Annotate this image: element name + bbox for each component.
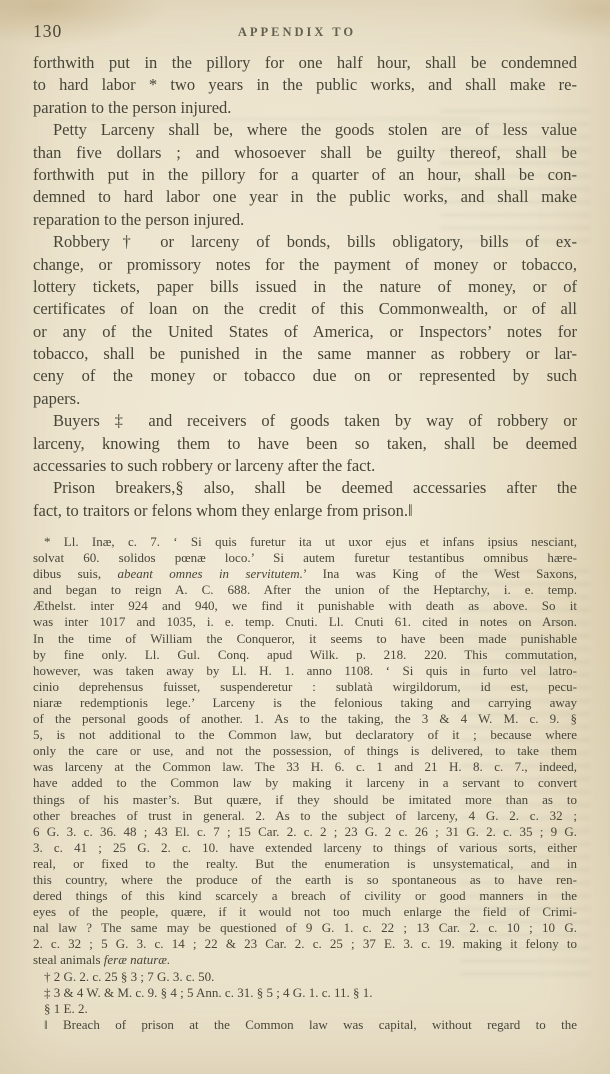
footnote-line: 6 G. 3. c. 36. 48 ; 43 El. c. 7 ; 15 Car… — [33, 824, 577, 840]
body-text-line: accessaries to such robbery or larceny a… — [33, 455, 577, 477]
paragraph: Buyers ‡ and receivers of goods taken by… — [33, 410, 577, 477]
body-text-line: ceny of the money or tobacco due on or r… — [33, 365, 577, 387]
text-segment: tobacco, shall be punished in the same m… — [33, 344, 577, 363]
text-segment: † 2 G. 2. c. 25 § 3 ; 7 G. 3. c. 50. — [44, 969, 214, 984]
text-segment: § 1 E. 2. — [44, 1001, 88, 1016]
body-text-line: larceny, knowing them to have been so ta… — [33, 433, 577, 455]
footnote-line: 5, is not additional to the Common law, … — [33, 727, 577, 743]
text-segment: by fine only. Ll. Gul. Conq. apud Wilk. … — [33, 647, 577, 662]
text-segment: cinio deprehensus fuisset, suspenderetur… — [33, 679, 577, 694]
italic-text-segment: feræ naturæ. — [104, 952, 170, 967]
body-text-line: fact, to traitors or felons whom they en… — [33, 500, 577, 522]
text-segment: eyes of the people, quære, if it would n… — [33, 904, 577, 919]
running-header: APPENDIX TO — [33, 25, 561, 40]
italic-text-segment: abeant omnes in servitutem. — [118, 566, 303, 581]
body-text-line: demned to hard labor one year in the pub… — [33, 186, 577, 208]
text-segment: Prison breakers,§ also, shall be deemed … — [53, 478, 577, 497]
text-segment: this country, where the produce of the e… — [33, 872, 577, 887]
book-page: 130 APPENDIX TO forthwith put in the pil… — [0, 0, 610, 1074]
text-segment: paration to the person injured. — [33, 98, 231, 117]
text-segment: * Ll. Inæ, c. 7. ‘ Si quis furetur ita u… — [44, 534, 577, 549]
footnote-line: was inter 1017 and 1035, i. e. temp. Cnu… — [33, 614, 577, 630]
footnote-line: * Ll. Inæ, c. 7. ‘ Si quis furetur ita u… — [33, 534, 577, 550]
footnote-line: 2. c. 32 ; 5 G. 3. c. 14 ; 22 & 23 Car. … — [33, 936, 577, 952]
text-segment: and began to reign A. C. 688. After the … — [33, 582, 577, 597]
text-segment: 2. c. 32 ; 5 G. 3. c. 14 ; 22 & 23 Car. … — [33, 936, 577, 951]
text-segment: however, was taken away by Ll. H. 1. ann… — [33, 663, 577, 678]
text-segment: 5, is not additional to the Common law, … — [33, 727, 577, 742]
body-text-line: papers. — [33, 388, 577, 410]
body-text-line: reparation to the person injured. — [33, 209, 577, 231]
footnote-line: dered things of this kind scarcely a bre… — [33, 888, 577, 904]
footnote-line: by fine only. Ll. Gul. Conq. apud Wilk. … — [33, 647, 577, 663]
body-text-line: tobacco, shall be punished in the same m… — [33, 343, 577, 365]
footnote-line: however, was taken away by Ll. H. 1. ann… — [33, 663, 577, 679]
paragraph: forthwith put in the pillory for one hal… — [33, 52, 577, 119]
footnote-line: real, or fixed to the realty. But the en… — [33, 856, 577, 872]
footnote-line: only the care or use, and not the posses… — [33, 743, 577, 759]
footnote-line: 3. c. 41 ; 25 G. 2. c. 10. have extended… — [33, 840, 577, 856]
text-segment: than five dollars ; and whosoever shall … — [33, 143, 577, 162]
text-segment: papers. — [33, 389, 80, 408]
text-segment: forthwith put in the pillory for a quart… — [33, 165, 577, 184]
text-segment: ‖ Breach of prison at the Common law was… — [44, 1017, 577, 1032]
footnote-line: eyes of the people, quære, if it would n… — [33, 904, 577, 920]
body-text: forthwith put in the pillory for one hal… — [33, 52, 577, 522]
text-segment: other breaches of trust in general. 2. A… — [33, 808, 577, 823]
text-segment: reparation to the person injured. — [33, 210, 244, 229]
text-segment: In the time of William the Conqueror, it… — [33, 631, 577, 646]
body-text-line: Petty Larceny shall be, where the goods … — [33, 119, 577, 141]
text-segment: or any of the United States of America, … — [33, 322, 577, 341]
footnote-line: nal law ? The same may be questioned of … — [33, 920, 577, 936]
text-segment: niaræ redemptionis lege.’ Larceny is the… — [33, 695, 577, 710]
text-segment: only the care or use, and not the posses… — [33, 743, 577, 758]
text-segment: have added to the Common law by making i… — [33, 775, 577, 790]
text-segment: accessaries to such robbery or larceny a… — [33, 456, 375, 475]
body-text-line: paration to the person injured. — [33, 97, 577, 119]
footnote-line: ‖ Breach of prison at the Common law was… — [33, 1017, 577, 1033]
text-segment: Robbery† or larceny of bonds, bills obli… — [53, 232, 577, 251]
text-segment: was inter 1017 and 1035, i. e. temp. Cnu… — [33, 614, 577, 629]
text-segment: change, or promissory notes for the paym… — [33, 255, 577, 274]
footnote-line: of the personal goods of another. 1. As … — [33, 711, 577, 727]
body-text-line: forthwith put in the pillory for one hal… — [33, 52, 577, 74]
page-header: 130 APPENDIX TO — [33, 21, 577, 45]
text-segment: forthwith put in the pillory for one hal… — [33, 53, 577, 72]
footnote-line: cinio deprehensus fuisset, suspenderetur… — [33, 679, 577, 695]
text-segment: certificates of loan on the credit of th… — [33, 299, 577, 318]
text-segment: fact, to traitors or felons whom they en… — [33, 501, 413, 520]
footnote-line: In the time of William the Conqueror, it… — [33, 631, 577, 647]
text-segment: Petty Larceny shall be, where the goods … — [53, 120, 577, 139]
text-segment: Æthelst. inter 924 and 940, we find it p… — [33, 598, 577, 613]
body-text-line: to hard labor * two years in the public … — [33, 74, 577, 96]
footnote-line: § 1 E. 2. — [33, 1001, 577, 1017]
footnote-line: dibus suis, abeant omnes in servitutem.’… — [33, 566, 577, 582]
body-text-line: forthwith put in the pillory for a quart… — [33, 164, 577, 186]
footnote-line: steal animals feræ naturæ. — [33, 952, 577, 968]
body-text-line: Buyers ‡ and receivers of goods taken by… — [33, 410, 577, 432]
text-segment: steal animals — [33, 952, 104, 967]
body-text-line: Prison breakers,§ also, shall be deemed … — [33, 477, 577, 499]
footnotes: * Ll. Inæ, c. 7. ‘ Si quis furetur ita u… — [33, 534, 577, 1033]
paragraph: Prison breakers,§ also, shall be deemed … — [33, 477, 577, 522]
text-segment: ceny of the money or tobacco due on or r… — [33, 366, 577, 385]
text-segment: 3. c. 41 ; 25 G. 2. c. 10. have extended… — [33, 840, 577, 855]
text-segment: lottery tickets, paper bills issued in t… — [33, 277, 577, 296]
body-text-line: or any of the United States of America, … — [33, 321, 577, 343]
text-segment: ’ Ina was King of the West Saxons, — [303, 566, 577, 581]
text-segment: dered things of this kind scarcely a bre… — [33, 888, 577, 903]
body-text-line: lottery tickets, paper bills issued in t… — [33, 276, 577, 298]
footnote-line: † 2 G. 2. c. 25 § 3 ; 7 G. 3. c. 50. — [33, 969, 577, 985]
text-segment: real, or fixed to the realty. But the en… — [33, 856, 577, 871]
text-segment: of the personal goods of another. 1. As … — [33, 711, 577, 726]
body-text-line: change, or promissory notes for the paym… — [33, 254, 577, 276]
footnote-line: ‡ 3 & 4 W. & M. c. 9. § 4 ; 5 Ann. c. 31… — [33, 985, 577, 1001]
text-segment: demned to hard labor one year in the pub… — [33, 187, 577, 206]
body-text-line: certificates of loan on the credit of th… — [33, 298, 577, 320]
footnote-line: was larceny at the Common law. The 33 H.… — [33, 759, 577, 775]
footnote-line: things of his master’s. But quære, if th… — [33, 792, 577, 808]
footnote-line: Æthelst. inter 924 and 940, we find it p… — [33, 598, 577, 614]
footnote-line: have added to the Common law by making i… — [33, 775, 577, 791]
paragraph: Petty Larceny shall be, where the goods … — [33, 119, 577, 231]
body-text-line: Robbery† or larceny of bonds, bills obli… — [33, 231, 577, 253]
footnote-line: niaræ redemptionis lege.’ Larceny is the… — [33, 695, 577, 711]
text-segment: Buyers ‡ and receivers of goods taken by… — [53, 411, 577, 430]
text-segment: was larceny at the Common law. The 33 H.… — [33, 759, 577, 774]
text-segment: dibus suis, — [33, 566, 118, 581]
footnote-line: this country, where the produce of the e… — [33, 872, 577, 888]
text-segment: to hard labor * two years in the public … — [33, 75, 577, 94]
text-segment: things of his master’s. But quære, if th… — [33, 792, 577, 807]
text-segment: nal law ? The same may be questioned of … — [33, 920, 577, 935]
paragraph: Robbery† or larceny of bonds, bills obli… — [33, 231, 577, 410]
body-text-line: than five dollars ; and whosoever shall … — [33, 142, 577, 164]
text-segment: 6 G. 3. c. 36. 48 ; 43 El. c. 7 ; 15 Car… — [33, 824, 577, 839]
text-segment: solvat 60. solidos pœnæ loco.’ Si autem … — [33, 550, 577, 565]
text-segment: larceny, knowing them to have been so ta… — [33, 434, 577, 453]
text-segment: ‡ 3 & 4 W. & M. c. 9. § 4 ; 5 Ann. c. 31… — [44, 985, 373, 1000]
footnote-line: other breaches of trust in general. 2. A… — [33, 808, 577, 824]
footnote-line: solvat 60. solidos pœnæ loco.’ Si autem … — [33, 550, 577, 566]
footnote-line: and began to reign A. C. 688. After the … — [33, 582, 577, 598]
